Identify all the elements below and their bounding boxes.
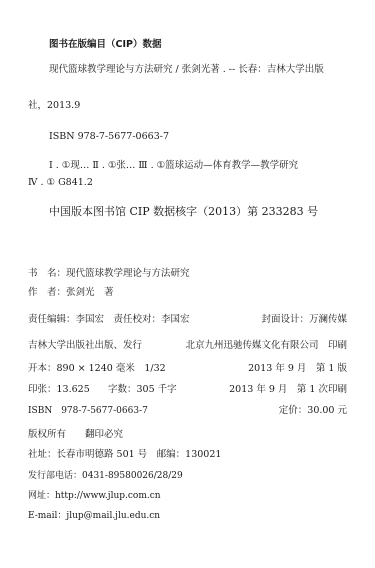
cip-entry-line-2: 社，2013.9 (28, 100, 80, 112)
email: E-mail：jlup@mail.jlu.edu.cn (28, 510, 160, 522)
cip-classification-line-1: Ⅰ . ①现… Ⅱ . ①张… Ⅲ . ①篮球运动—体育教学—教学研究 (49, 160, 298, 172)
cip-classification-line-2: Ⅳ . ① G841.2 (28, 177, 93, 189)
cover-design: 封面设计：万澜传媒 (261, 314, 347, 326)
copyright-notice: 版权所有 翻印必究 (28, 429, 123, 441)
cip-record-number: 中国版本图书馆 CIP 数据核字（2013）第 233283 号 (49, 205, 318, 219)
word-count: 字数：305 千字 (108, 384, 177, 396)
printed-sheets: 印张：13.625 (28, 384, 90, 396)
website: 网址：http://www.jlup.com.cn (28, 490, 161, 502)
cip-heading: 图书在版编目（CIP）数据 (49, 39, 161, 51)
publisher: 吉林大学出版社出版、发行 (28, 340, 142, 352)
edition: 2013 年 9 月 第 1 版 (248, 363, 347, 375)
responsible-editor: 责任编辑：李国宏 责任校对：李国宏 (28, 314, 190, 326)
cip-isbn: ISBN 978-7-5677-0663-7 (49, 131, 169, 143)
book-author: 作 者：张剑光 著 (28, 287, 114, 299)
book-format: 开本：890 × 1240 毫米 1/32 (28, 363, 166, 375)
cip-entry-line-1: 现代篮球教学理论与方法研究 / 张剑光著 . -- 长春：吉林大学出版 (49, 64, 324, 76)
printer: 北京九州迅驰传媒文化有限公司 印刷 (185, 340, 347, 352)
book-title: 书 名：现代篮球教学理论与方法研究 (28, 268, 190, 280)
sales-phone: 发行部电话：0431-89580026/28/29 (28, 470, 183, 482)
publisher-address: 社址：长春市明德路 501 号 邮编：130021 (28, 449, 221, 461)
printing: 2013 年 9 月 第 1 次印刷 (229, 384, 347, 396)
price: 定价：30.00 元 (279, 405, 347, 417)
isbn: ISBN 978-7-5677-0663-7 (28, 405, 148, 417)
